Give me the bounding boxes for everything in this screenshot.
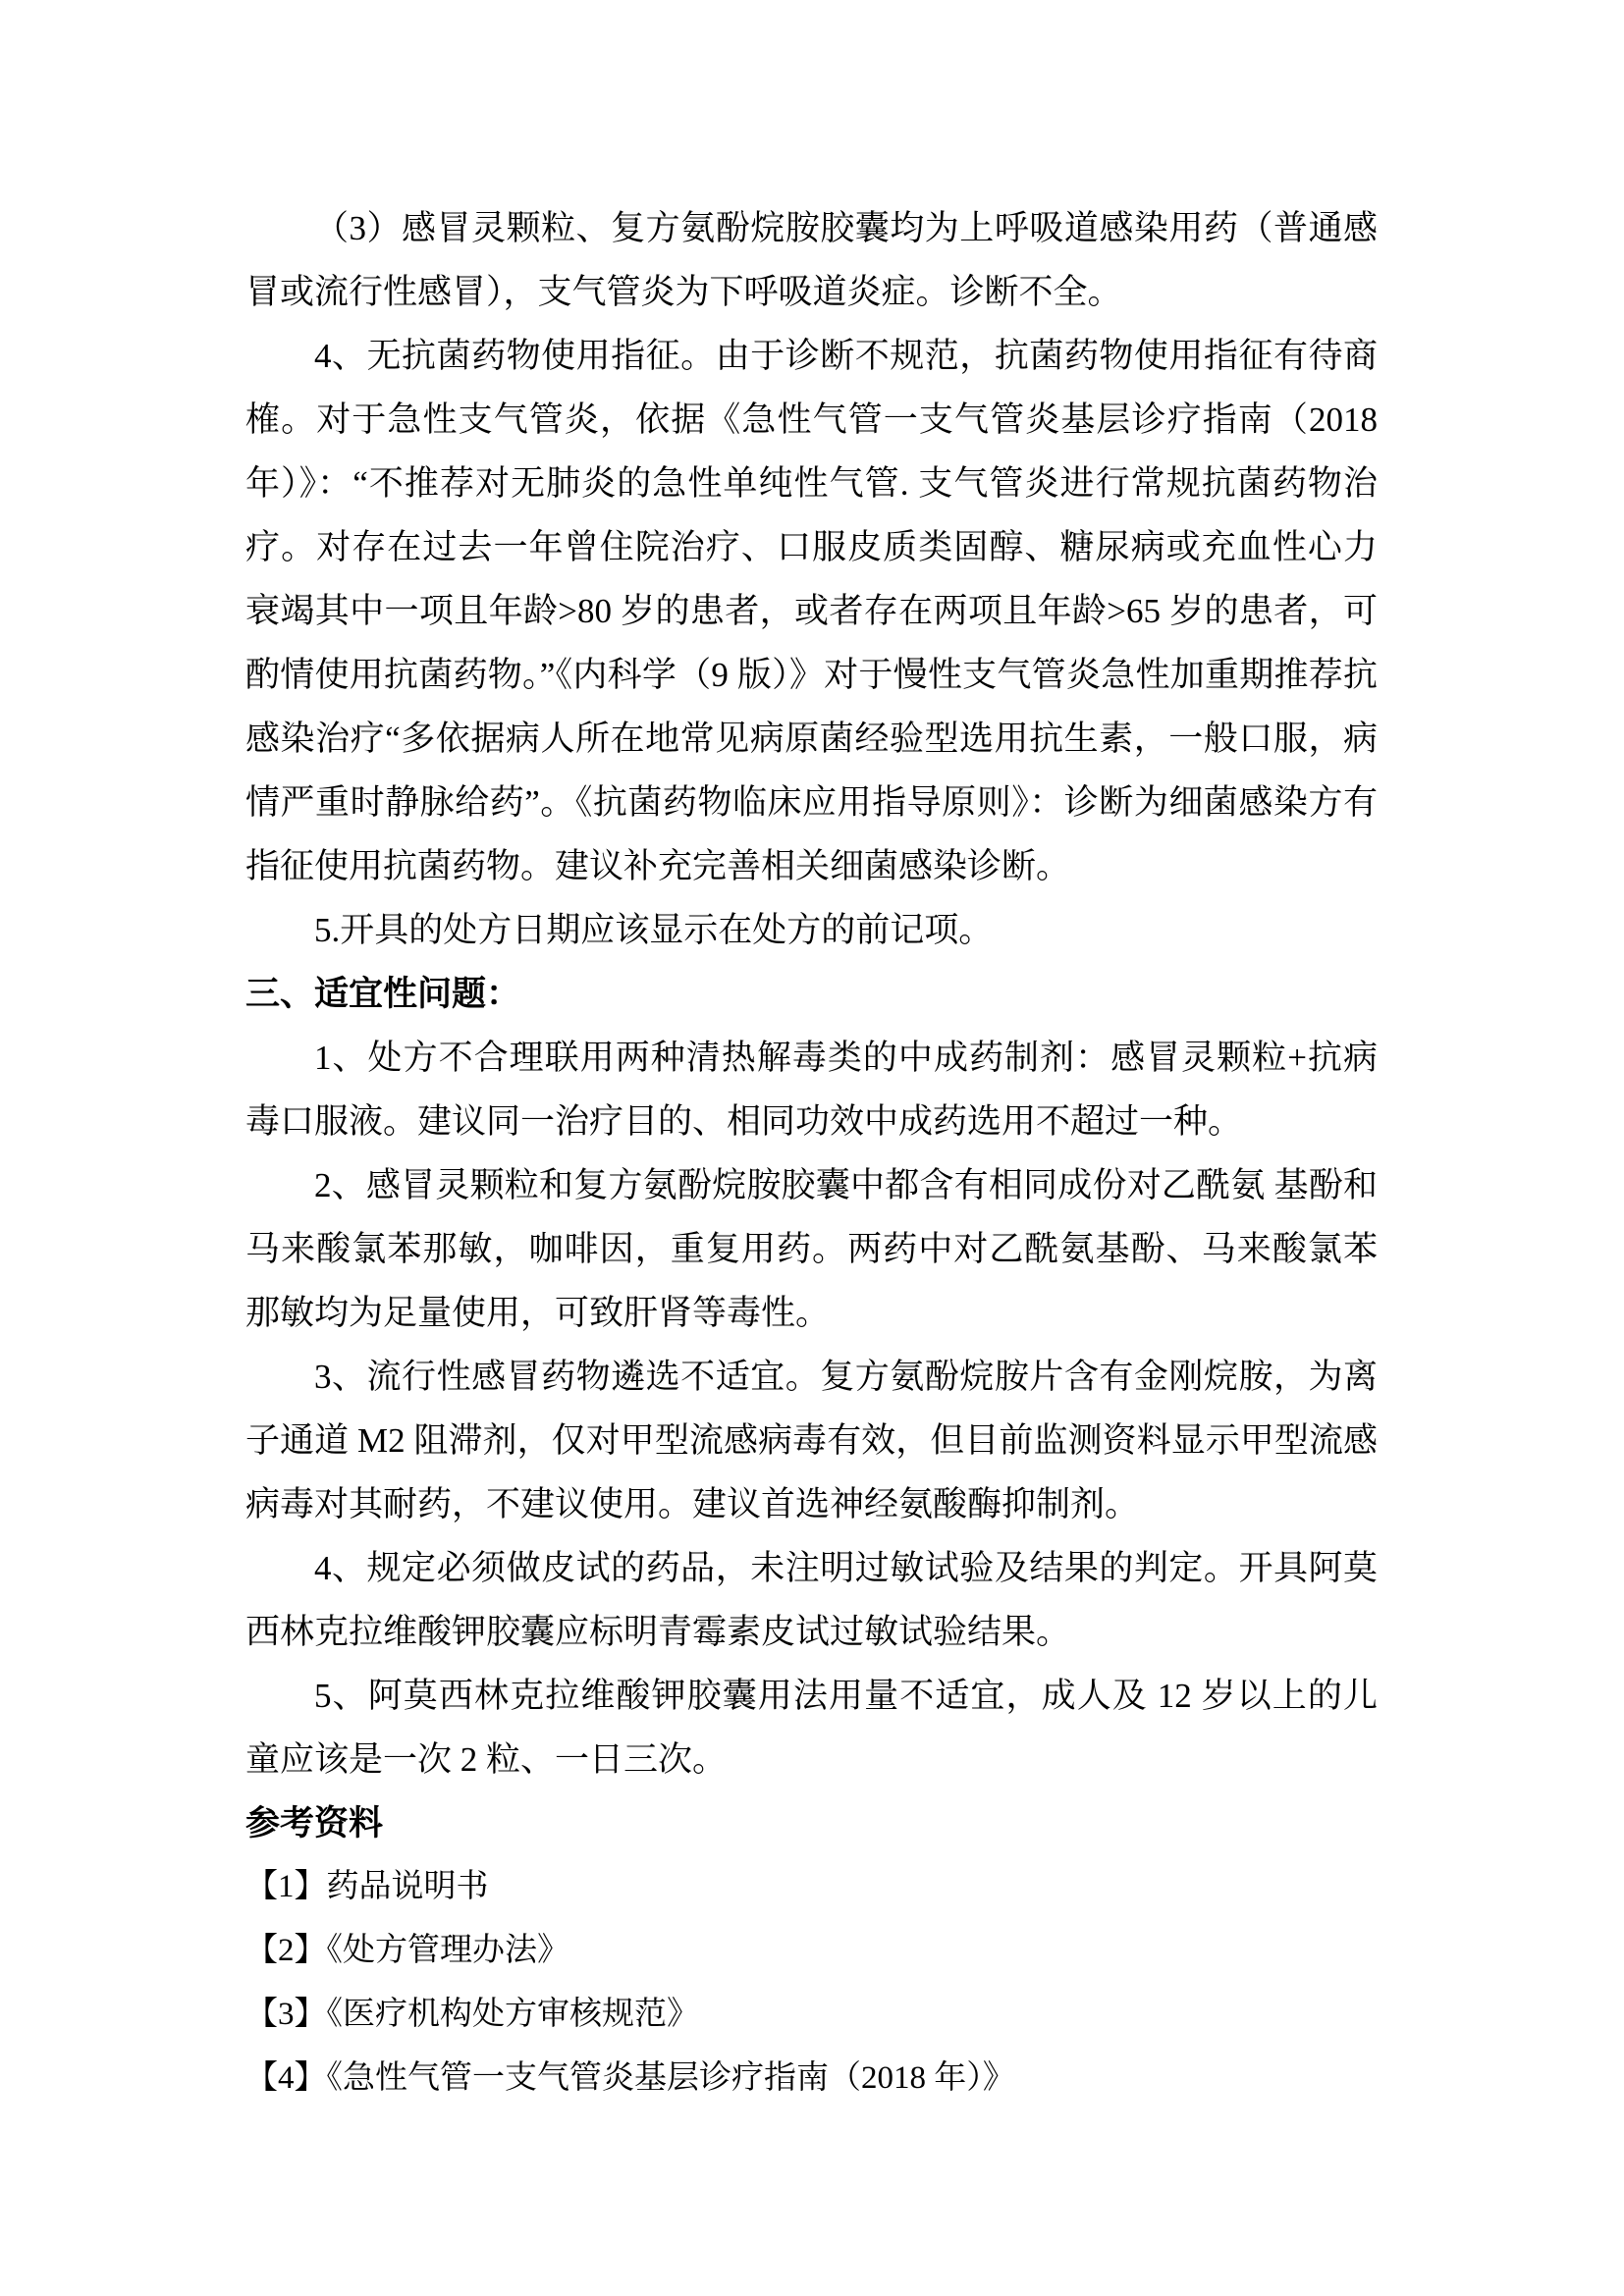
reference-item-2: 【2】《处方管理办法》 — [245, 1919, 1378, 1983]
reference-item-3: 【3】《医疗机构处方审核规范》 — [245, 1983, 1378, 2047]
section-heading-references: 参考资料 — [245, 1791, 1378, 1855]
document-content: （3）感冒灵颗粒、复方氨酚烷胺胶囊均为上呼吸道感染用药（普通感冒或流行性感冒），… — [245, 196, 1378, 2110]
paragraph-norms-point4: 4、无抗菌药物使用指征。由于诊断不规范，抗菌药物使用指征有待商榷。对于急性支气管… — [245, 324, 1378, 898]
paragraph-suitability-point3: 3、流行性感冒药物遴选不适宜。复方氨酚烷胺片含有金刚烷胺，为离子通道 M2 阻滞… — [245, 1345, 1378, 1536]
section-heading-suitability: 三、适宜性问题： — [245, 962, 1378, 1026]
document-page: （3）感冒灵颗粒、复方氨酚烷胺胶囊均为上呼吸道感染用药（普通感冒或流行性感冒），… — [0, 0, 1624, 2296]
paragraph-suitability-point5: 5、阿莫西林克拉维酸钾胶囊用法用量不适宜，成人及 12 岁以上的儿 童应该是一次… — [245, 1664, 1378, 1791]
paragraph-suitability-point1: 1、处方不合理联用两种清热解毒类的中成药制剂：感冒灵颗粒+抗病毒口服液。建议同一… — [245, 1026, 1378, 1153]
paragraph-suitability-point2: 2、感冒灵颗粒和复方氨酚烷胺胶囊中都含有相同成份对乙酰氨 基酚和马来酸氯苯那敏，… — [245, 1153, 1378, 1345]
reference-item-1: 【1】药品说明书 — [245, 1855, 1378, 1919]
paragraph-norms-point3: （3）感冒灵颗粒、复方氨酚烷胺胶囊均为上呼吸道感染用药（普通感冒或流行性感冒），… — [245, 196, 1378, 324]
paragraph-norms-point5: 5.开具的处方日期应该显示在处方的前记项。 — [245, 898, 1378, 962]
reference-item-4: 【4】《急性气管一支气管炎基层诊疗指南（2018 年）》 — [245, 2047, 1378, 2110]
paragraph-suitability-point4: 4、规定必须做皮试的药品，未注明过敏试验及结果的判定。开具阿莫西林克拉维酸钾胶囊… — [245, 1536, 1378, 1664]
